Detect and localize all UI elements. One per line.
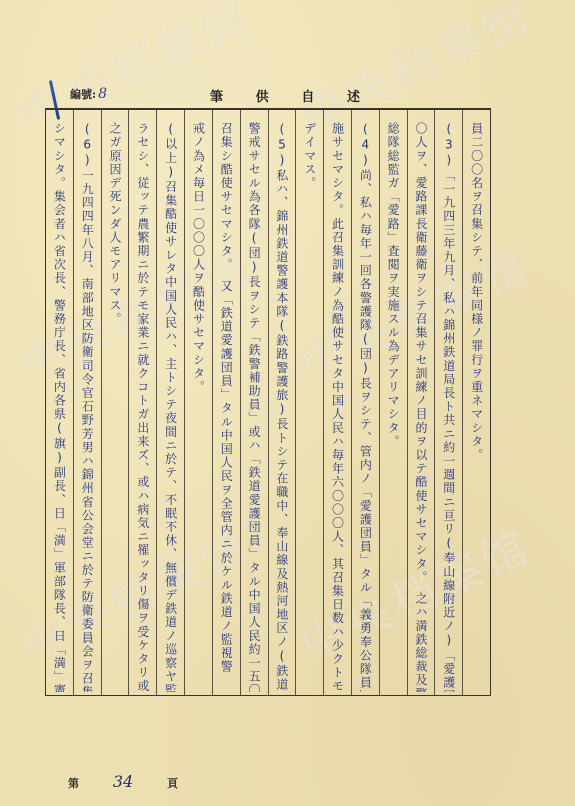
text-column: (3)「一九四三年九月、私ハ錦州鉄道局長ト共ニ約一週間ニ亘リ(奉山線附近ノ)「愛… — [434, 110, 462, 695]
title-char: 供 — [256, 86, 269, 105]
document-page: 中央档案馆 中央档案馆 中央档案馆 中央档案馆 中央档案馆 中央档案馆 編號:8… — [0, 0, 575, 806]
column-text: 施サセマシタ。此召集訓練ノ為酷使サセタ中国人民ハ毎年六〇〇〇人、其召集日数ハ少ク… — [331, 122, 345, 692]
title-char: 筆 — [210, 86, 223, 105]
text-column: ラセシ、従ッテ農繁期ニ於テモ家業ニ就クコトガ出来ズ、或ハ病気ニ罹ッタリ傷ヲ受ケタ… — [128, 110, 156, 695]
text-column: 戒ノ為メ毎日一〇〇〇人ヲ酷使サセマシタ。 — [184, 110, 212, 695]
text-column: (6)一九四四年八月、南部地区防衛司令官石野芳男ハ錦州省公会堂ニ於テ防衛委員会ヲ… — [73, 110, 101, 695]
text-column: (5)私ハ、錦州鉄道警護本隊(鉄路警護旅)長トシテ在職中、奉山線及熱河地区ノ(鉄… — [268, 110, 296, 695]
column-text: (3)「一九四三年九月、私ハ錦州鉄道局長ト共ニ約一週間ニ亘リ(奉山線附近ノ)「愛… — [442, 122, 456, 692]
text-column: 施サセマシタ。此召集訓練ノ為酷使サセタ中国人民ハ毎年六〇〇〇人、其召集日数ハ少ク… — [323, 110, 351, 695]
column-text: (以上)召集酷使サレタ中国人民ハ、主トシテ夜間ニ於テ、不眠不休、無償デ鉄道ノ巡察… — [164, 122, 178, 692]
page-title: 筆 供 自 述 — [210, 86, 360, 105]
text-column: (4)尚、私ハ毎年一回各警護隊(団)長ヲシテ、管内ノ「愛護団員」タル「義勇奉公隊… — [351, 110, 379, 695]
column-text: 之ガ原因デ死ンダ人モアリマス。 — [108, 122, 122, 692]
text-column: 召集シ酷使サセマシタ。 又「鉄道愛護団員」タル中国人民ヲ全管内ニ於ケル鉄道ノ監視… — [212, 110, 240, 695]
text-column: 員二〇〇名ヲ召集シテ、前年同様ノ罪行ヲ重ネマシタ。 — [462, 110, 490, 695]
footer-prefix: 第 — [68, 775, 79, 791]
column-text: 総隊総監ガ「愛路」査閲ヲ実施スル為デアリマシタ。 — [386, 122, 400, 692]
text-column: 之ガ原因デ死ンダ人モアリマス。 — [101, 110, 129, 695]
column-text: 〇人ヲ、愛路課長衛藤衛ヲシテ召集サセ訓練ノ目的ヲ以テ酷使サセマシタ。 之ハ満鉄総… — [414, 122, 428, 692]
column-text: デイマス。 — [303, 122, 317, 692]
text-column: シマシタ。集会者ハ省次長、警務庁長、省内各県(旗)副長、日「満」軍部隊長、日「満… — [46, 110, 73, 695]
column-text: 召集シ酷使サセマシタ。 又「鉄道愛護団員」タル中国人民ヲ全管内ニ於ケル鉄道ノ監視… — [219, 122, 233, 692]
page-footer: 第 34 頁 — [68, 772, 178, 791]
column-text: (5)私ハ、錦州鉄道警護本隊(鉄路警護旅)長トシテ在職中、奉山線及熱河地区ノ(鉄… — [275, 122, 289, 692]
text-column: 総隊総監ガ「愛路」査閲ヲ実施スル為デアリマシタ。 — [379, 110, 407, 695]
manuscript-grid: 員二〇〇名ヲ召集シテ、前年同様ノ罪行ヲ重ネマシタ。 (3)「一九四三年九月、私ハ… — [45, 108, 491, 696]
column-text: 戒ノ為メ毎日一〇〇〇人ヲ酷使サセマシタ。 — [191, 122, 205, 692]
text-column: 〇人ヲ、愛路課長衛藤衛ヲシテ召集サセ訓練ノ目的ヲ以テ酷使サセマシタ。 之ハ満鉄総… — [407, 110, 435, 695]
column-text: (6)一九四四年八月、南部地区防衛司令官石野芳男ハ錦州省公会堂ニ於テ防衛委員会ヲ… — [80, 122, 94, 692]
column-text: (4)尚、私ハ毎年一回各警護隊(団)長ヲシテ、管内ノ「愛護団員」タル「義勇奉公隊… — [358, 122, 372, 692]
text-column: (以上)召集酷使サレタ中国人民ハ、主トシテ夜間ニ於テ、不眠不休、無償デ鉄道ノ巡察… — [156, 110, 184, 695]
column-text: ラセシ、従ッテ農繁期ニ於テモ家業ニ就クコトガ出来ズ、或ハ病気ニ罹ッタリ傷ヲ受ケタ… — [136, 122, 150, 692]
title-char: 述 — [347, 86, 360, 105]
footer-suffix: 頁 — [167, 775, 178, 791]
code-value: 8 — [98, 86, 107, 102]
column-text: 員二〇〇名ヲ召集シテ、前年同様ノ罪行ヲ重ネマシタ。 — [470, 122, 484, 692]
column-text: シマシタ。集会者ハ省次長、警務庁長、省内各県(旗)副長、日「満」軍部隊長、日「満… — [52, 122, 66, 692]
text-column: 警戒サセル為各隊(団)長ヲシテ「鉄警補助員」或ハ「鉄道愛護団員」タル中国人民約一… — [240, 110, 268, 695]
text-column: デイマス。 — [295, 110, 323, 695]
page-number: 34 — [113, 772, 133, 791]
document-code: 編號:8 — [70, 86, 107, 102]
column-text: 警戒サセル為各隊(団)長ヲシテ「鉄警補助員」或ハ「鉄道愛護団員」タル中国人民約一… — [247, 122, 261, 692]
code-label: 編號: — [70, 88, 96, 101]
title-char: 自 — [301, 86, 314, 105]
